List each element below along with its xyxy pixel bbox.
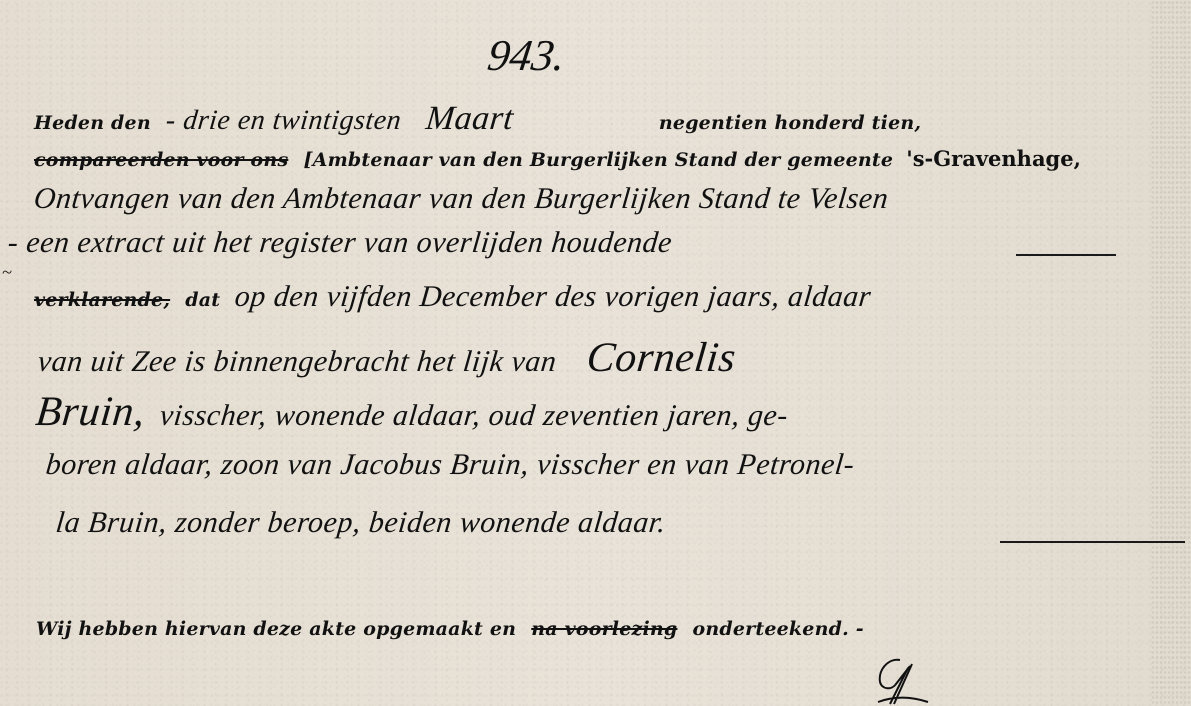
scan-edge-noise (1151, 0, 1191, 706)
handwritten-date-death: op den vijfden December des vorigen jaar… (234, 280, 874, 314)
line-5: verklarende, dat op den vijfden December… (34, 280, 871, 314)
line-3: Ontvangen van den Ambtenaar van den Burg… (34, 182, 888, 216)
line-9: la Bruin, zonder beroep, beiden wonende … (56, 506, 666, 540)
margin-note: ~ (1, 262, 13, 283)
line-10: Wij hebben hiervan deze akte opgemaakt e… (36, 618, 864, 640)
line-2: compareerden voor ons [Ambtenaar van den… (34, 146, 1081, 171)
handwritten-extract: - een extract uit het register van overl… (6, 226, 674, 260)
handwritten-parents: boren aldaar, zoon van Jacobus Bruin, vi… (44, 448, 856, 482)
struck-compareerden: compareerden voor ons (34, 149, 288, 171)
line-1: Heden den - drie en twintigsten Maart ne… (34, 100, 921, 138)
line-4: - een extract uit het register van overl… (8, 226, 672, 260)
printed-onderteekend: onderteekend. - (693, 618, 864, 640)
struck-verklarende: verklarende, (34, 289, 170, 311)
deceased-first-name: Cornelis (585, 334, 739, 382)
line-8: boren aldaar, zoon van Jacobus Bruin, vi… (46, 448, 854, 482)
printed-closing: Wij hebben hiervan deze akte opgemaakt e… (36, 618, 516, 640)
line-6: van uit Zee is binnengebracht het lijk v… (38, 334, 736, 382)
printed-ambtenaar: [Ambtenaar van den Burgerlijken Stand de… (303, 149, 893, 171)
place-gravenhage: 's-Gravenhage, (906, 146, 1081, 171)
struck-na-voorlezing: na voorlezing (531, 618, 677, 640)
handwritten-mother: la Bruin, zonder beroep, beiden wonende … (54, 506, 667, 540)
line-7: Bruin, visscher, wonende aldaar, oud zev… (36, 388, 788, 436)
printed-dat: dat (185, 289, 220, 311)
handwritten-binnengebracht: van uit Zee is binnengebracht het lijk v… (36, 345, 558, 379)
deceased-surname: Bruin, (33, 388, 147, 436)
document-page: 943. Heden den - drie en twintigsten Maa… (0, 0, 1191, 706)
handwritten-month: Maart (424, 100, 515, 138)
handwritten-ontvangen: Ontvangen van den Ambtenaar van den Burg… (32, 182, 890, 216)
printed-year: negentien honderd tien, (659, 112, 921, 134)
handwritten-occupation-age: visscher, wonende aldaar, oud zeventien … (158, 399, 790, 433)
fill-line (1016, 254, 1116, 256)
handwritten-day: - drie en twintigsten (164, 105, 403, 137)
record-number: 943. (484, 30, 568, 81)
signature-icon (870, 656, 930, 706)
printed-heden-den: Heden den (34, 112, 151, 134)
closing-rule (1000, 541, 1185, 543)
